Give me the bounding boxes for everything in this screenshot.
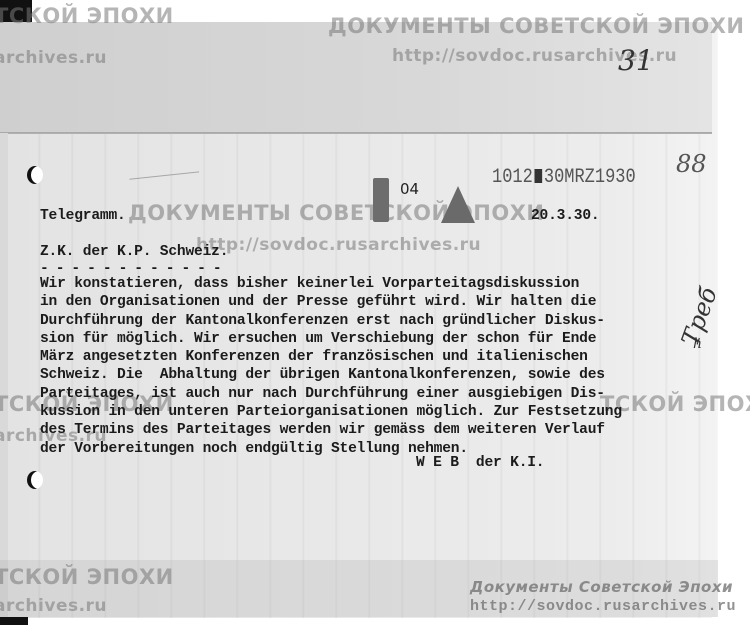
- handwritten-margin-mark: h: [693, 336, 702, 352]
- body-line: März angesetzten Konferenzen der französ…: [40, 348, 622, 366]
- punch-hole-icon: [27, 166, 43, 184]
- watermark-archive-name: ДОКУМЕНТЫ СОВЕТСКОЙ ЭПОХИ: [128, 201, 544, 225]
- body-line: in den Organisationen und der Presse gef…: [40, 293, 622, 311]
- watermark-archive-url: archives.ru: [0, 48, 107, 68]
- watermark-archive-url: archives.ru: [0, 596, 107, 616]
- body-line: sion für möglich. Wir ersuchen um Versch…: [40, 330, 622, 348]
- scan-corner-bottom-left: [0, 617, 28, 625]
- watermark-archive-url: http://sovdoc.rusarchives.ru: [196, 235, 481, 255]
- registration-date: 30MRZ1930: [544, 166, 636, 189]
- registration-number: 1012: [492, 166, 533, 189]
- body-line: Durchführung der Kantonalkonferenzen ers…: [40, 312, 622, 330]
- document-date: 20.3.30.: [531, 208, 599, 224]
- archive-stamp-url: http://sovdoc.rusarchives.ru: [470, 598, 736, 615]
- watermark-archive-name: ТСКОЙ ЭПОХИ: [600, 392, 750, 416]
- upper-paper-strip: [0, 22, 712, 133]
- signature: W E B der K.I.: [416, 455, 544, 471]
- body-line: Schweiz. Die Abhaltung der übrigen Kanto…: [40, 366, 622, 384]
- registration-stamp: 101230MRZ1930: [492, 166, 636, 189]
- document-title: Telegramm.: [40, 208, 126, 224]
- handwritten-page-number: 31: [618, 44, 654, 77]
- body-line: Parteitages, ist auch nur nach Durchführ…: [40, 385, 622, 403]
- body-line: kussion in den unteren Parteiorganisatio…: [40, 403, 622, 421]
- ink-bar-mark: [373, 178, 389, 222]
- stamp-mark-04: 04: [400, 180, 419, 198]
- punch-hole-icon: [27, 471, 43, 489]
- recipient: Z.K. der K.P. Schweiz.: [40, 244, 228, 260]
- body-line: Wir konstatieren, dass bisher keinerlei …: [40, 275, 622, 293]
- watermark-archive-name: ТСКОЙ ЭПОХИ: [0, 4, 174, 28]
- telegram-body: Wir konstatieren, dass bisher keinerlei …: [40, 275, 622, 458]
- stamp-block-icon: [535, 169, 543, 183]
- handwritten-number: 88: [676, 150, 707, 178]
- triangle-mark-icon: [441, 186, 475, 223]
- watermark-archive-name: ТСКОЙ ЭПОХИ: [0, 565, 174, 589]
- body-line: des Termins des Parteitages werden wir g…: [40, 421, 622, 439]
- archive-stamp-title: Документы Советской Эпохи: [470, 578, 733, 596]
- watermark-archive-name: ДОКУМЕНТЫ СОВЕТСКОЙ ЭПОХИ: [328, 14, 744, 38]
